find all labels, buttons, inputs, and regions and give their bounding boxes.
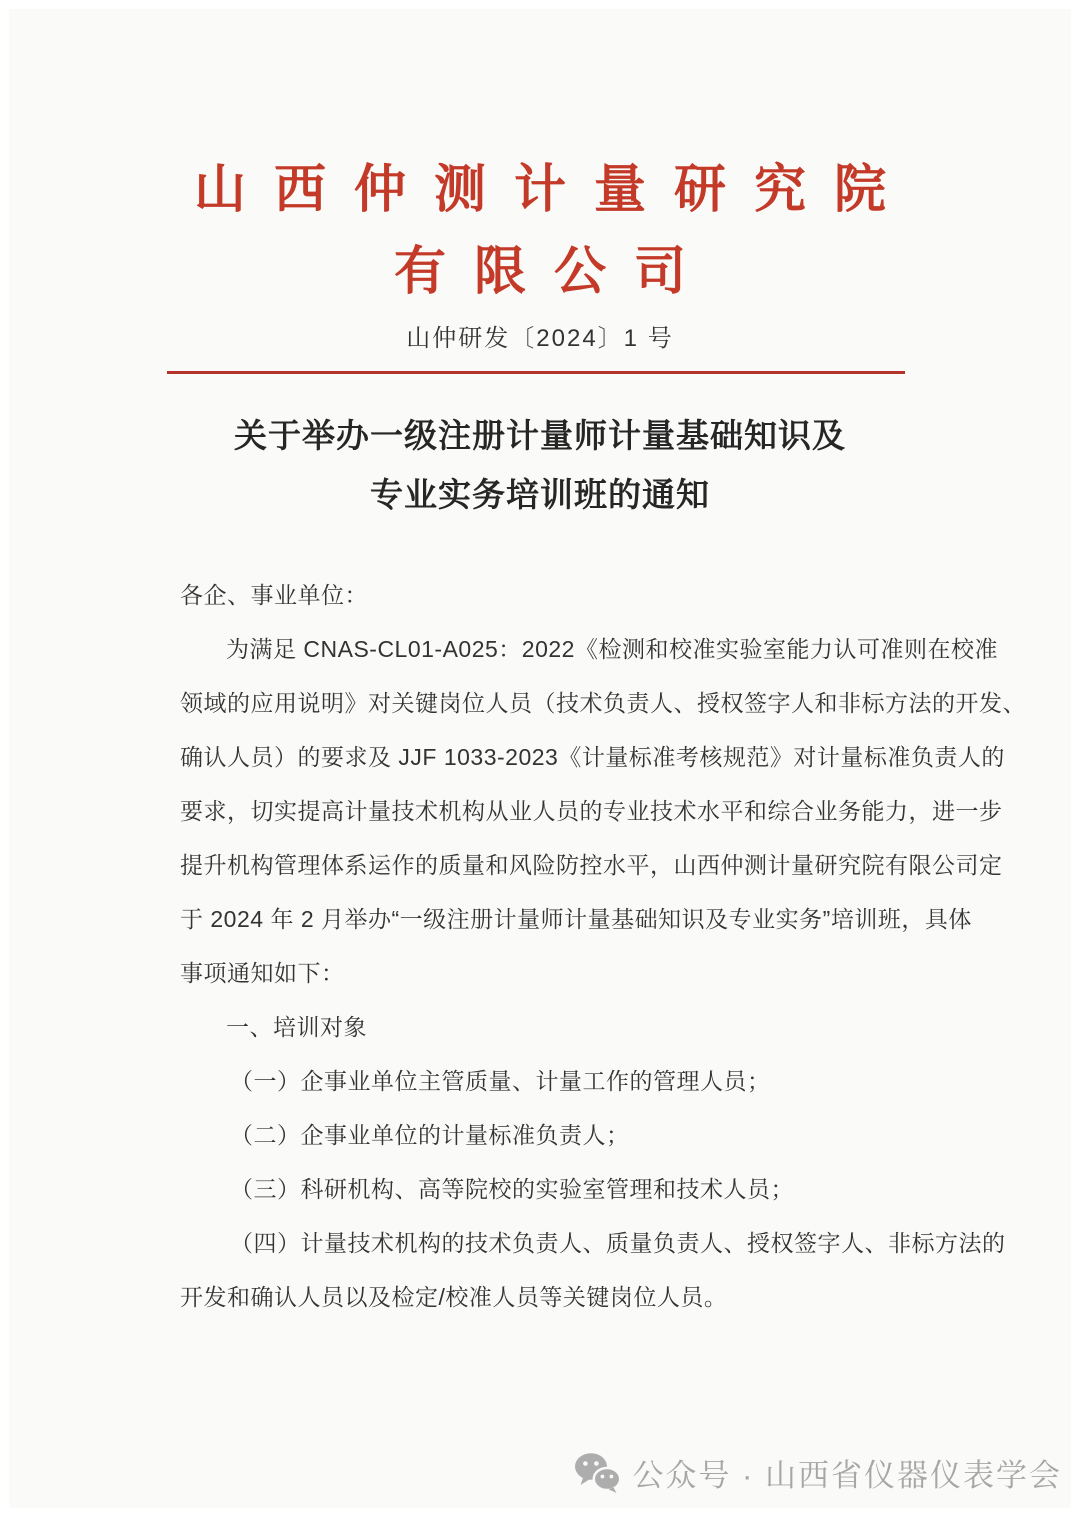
watermark-label: 公众号 · 山西省仪器仪表学会 — [632, 1450, 1062, 1495]
red-divider-line — [167, 371, 905, 374]
list-item: （三）科研机构、高等院校的实验室管理和技术人员； — [180, 1162, 920, 1216]
section-heading: 一、培训对象 — [180, 1000, 920, 1054]
list-item: （二）企事业单位的计量标准负责人； — [180, 1108, 920, 1162]
list-item-continuation: 开发和确认人员以及检定/校准人员等关键岗位人员。 — [180, 1270, 920, 1324]
wechat-icon — [574, 1452, 621, 1493]
paragraph-line: 提升机构管理体系运作的质量和风险防控水平，山西仲测计量研究院有限公司定 — [180, 838, 920, 892]
list-item: （一）企事业单位主管质量、计量工作的管理人员； — [180, 1054, 920, 1108]
notice-title-line1: 关于举办一级注册计量师计量基础知识及 — [0, 406, 1080, 465]
doc-number: 山仲研发〔2024〕1 号 — [0, 318, 1080, 353]
notice-title-line2: 专业实务培训班的通知 — [0, 465, 1080, 524]
paragraph-line: 确认人员）的要求及 JJF 1033-2023《计量标准考核规范》对计量标准负责… — [180, 730, 920, 784]
paragraph-line: 领域的应用说明》对关键岗位人员（技术负责人、授权签字人和非标方法的开发、 — [180, 676, 920, 730]
org-name-line1: 山西仲测计量研究院 — [0, 150, 1080, 232]
paragraph-line: 于 2024 年 2 月举办“一级注册计量师计量基础知识及专业实务”培训班，具体 — [180, 892, 920, 946]
list-item: （四）计量技术机构的技术负责人、质量负责人、授权签字人、非标方法的 — [180, 1216, 920, 1270]
salutation: 各企、事业单位： — [180, 568, 920, 622]
org-name: 山西仲测计量研究院 有限公司 — [0, 150, 1080, 314]
org-name-line2: 有限公司 — [0, 232, 1080, 314]
paragraph-line: 为满足 CNAS-CL01-A025：2022《检测和校准实验室能力认可准则在校… — [180, 622, 920, 676]
paragraph-line: 事项通知如下： — [180, 946, 920, 1000]
wechat-watermark: 公众号 · 山西省仪器仪表学会 — [574, 1450, 1062, 1495]
paragraph-line: 要求，切实提高计量技术机构从业人员的专业技术水平和综合业务能力，进一步 — [180, 784, 920, 838]
notice-title: 关于举办一级注册计量师计量基础知识及 专业实务培训班的通知 — [0, 406, 1080, 524]
document-page: 山西仲测计量研究院 有限公司 山仲研发〔2024〕1 号 关于举办一级注册计量师… — [0, 0, 1080, 1527]
notice-body: 各企、事业单位： 为满足 CNAS-CL01-A025：2022《检测和校准实验… — [180, 568, 920, 1324]
